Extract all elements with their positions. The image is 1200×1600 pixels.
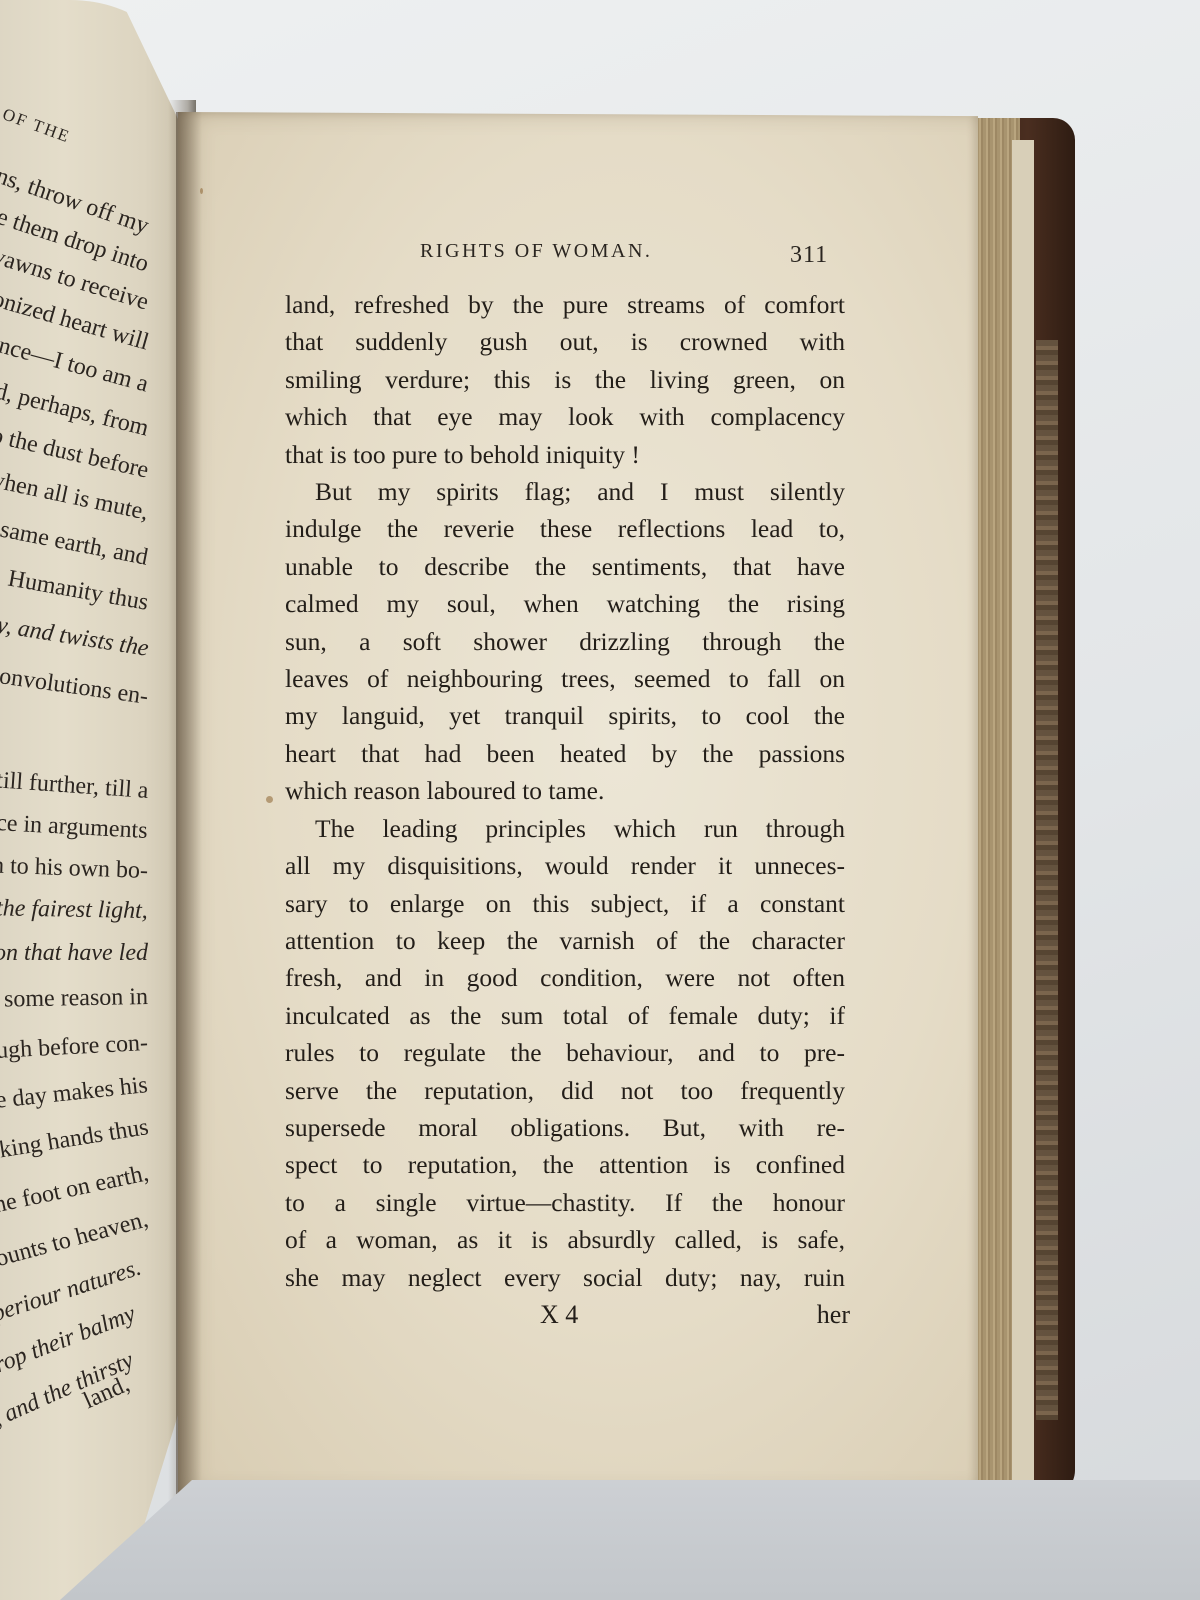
page-number: 311 [790, 242, 828, 269]
text-line: serve the reputation, did not too freque… [285, 1072, 845, 1109]
text-line: fresh, and in good condition, were not o… [285, 959, 845, 996]
text-line: The leading principles which run through [285, 810, 845, 847]
left-line: lity, and twists the [0, 609, 150, 663]
text-line: But my spirits flag; and I must silently [285, 473, 845, 510]
text-line: to a single virtue—chastity. If the hono… [285, 1184, 845, 1221]
left-line: son that have led [0, 940, 148, 967]
text-line: that suddenly gush out, is crowned with [285, 323, 845, 360]
foxing-spot [200, 188, 203, 194]
text-line: land, refreshed by the pure streams of c… [285, 286, 845, 323]
signature-mark: X 4 [540, 1300, 578, 1330]
text-line: which that eye may look with complacency [285, 398, 845, 435]
table-surface [0, 1480, 1200, 1600]
running-head: RIGHTS OF WOMAN. [420, 240, 652, 263]
left-line: n the fairest light, [0, 895, 148, 925]
left-running-head: OF THE [0, 104, 73, 147]
text-line: my languid, yet tranquil spirits, to coo… [285, 697, 845, 734]
text-line: of a woman, as it is absurdly called, is… [285, 1221, 845, 1258]
foxing-spot [266, 796, 273, 803]
left-line: s convolutions en- [0, 660, 150, 711]
catchword: her [817, 1300, 850, 1330]
left-line: orce in arguments [0, 809, 149, 845]
left-line: d some reason in [0, 984, 148, 1014]
text-line: she may neglect every social duty; nay, … [285, 1259, 845, 1296]
text-line: all my disquisitions, would render it un… [285, 847, 845, 884]
left-page-text: OF THE sins, throw off my nly see them d… [0, 0, 180, 1600]
text-line: unable to describe the sentiments, that … [285, 548, 845, 585]
page-body-text: land, refreshed by the pure streams of c… [285, 286, 845, 1296]
text-line: rules to regulate the behaviour, and to … [285, 1034, 845, 1071]
left-line: . Humanity thus [0, 563, 150, 616]
text-line: attention to keep the varnish of the cha… [285, 922, 845, 959]
text-line: heart that had been heated by the passio… [285, 735, 845, 772]
text-line: smiling verdure; this is the living gree… [285, 361, 845, 398]
text-line: sary to enlarge on this subject, if a co… [285, 885, 845, 922]
text-line: inculcated as the sum total of female du… [285, 997, 845, 1034]
text-line: sun, a soft shower drizzling through the [285, 623, 845, 660]
text-line: calmed my soul, when watching the rising [285, 585, 845, 622]
text-line: that is too pure to behold iniquity ! [285, 436, 845, 473]
page-footer: X 4 her [540, 1300, 850, 1340]
left-line: aking hands thus [0, 1114, 150, 1166]
text-line: leaves of neighbouring trees, seemed to … [285, 660, 845, 697]
text-line: which reason laboured to tame. [285, 772, 845, 809]
text-line: indulge the reverie these reflections le… [285, 510, 845, 547]
text-line: spect to reputation, the attention is co… [285, 1146, 845, 1183]
left-line: ugh before con- [0, 1030, 149, 1065]
left-line: till further, till a [0, 767, 149, 805]
gutter-shadow [176, 112, 202, 1494]
left-line: on to his own bo- [0, 852, 148, 885]
text-line: supersede moral obligations. But, with r… [285, 1109, 845, 1146]
endpaper [1012, 140, 1034, 1480]
marbled-board-edge [1036, 340, 1058, 1420]
left-line: ne day makes his [0, 1072, 149, 1116]
book-photo: OF THE sins, throw off my nly see them d… [0, 0, 1200, 1600]
